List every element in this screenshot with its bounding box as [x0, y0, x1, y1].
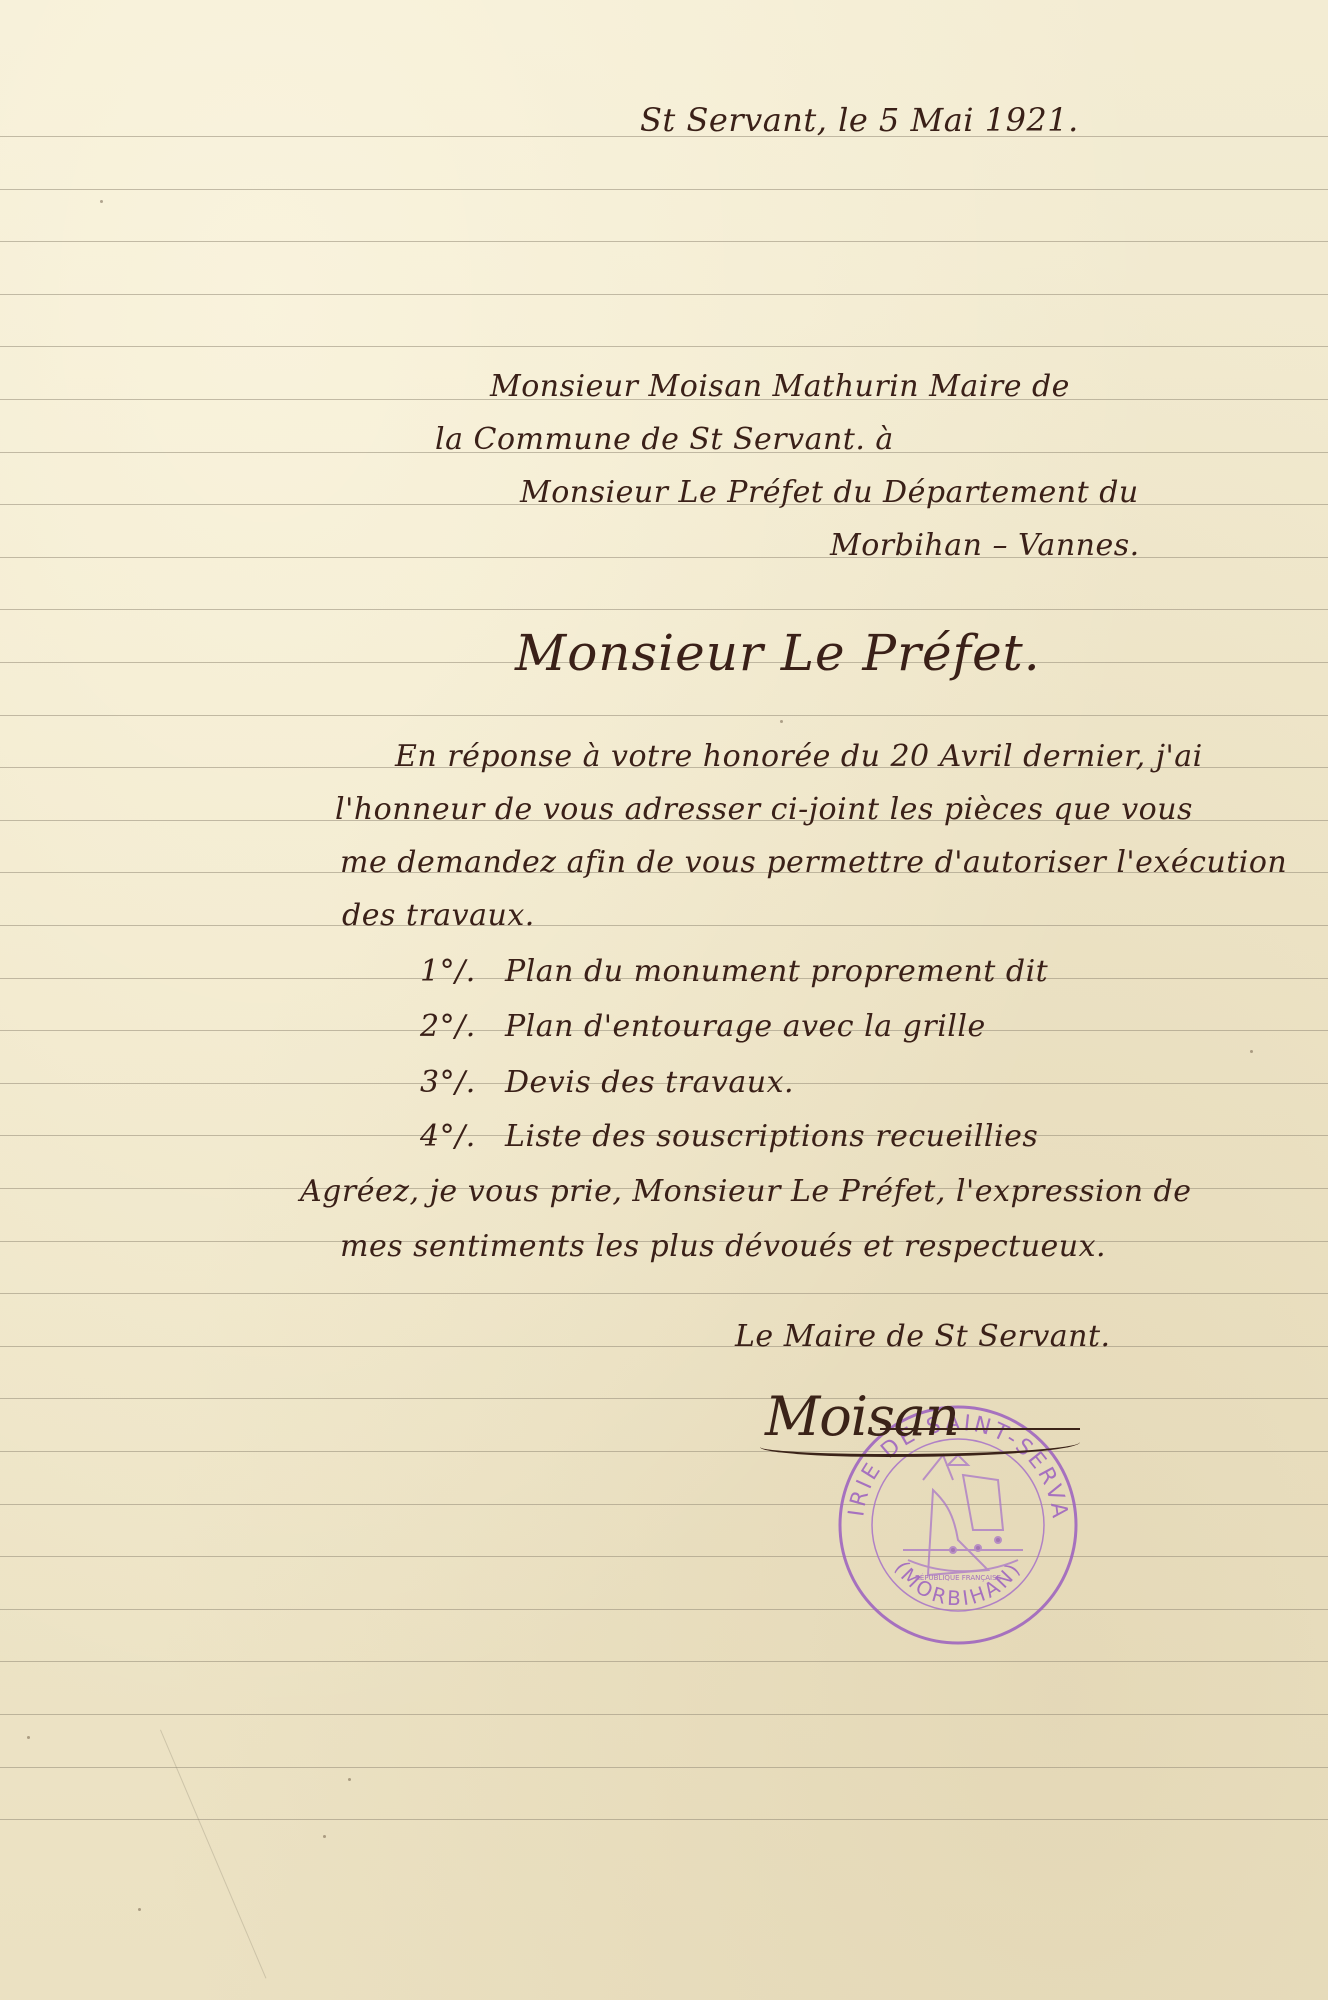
ruled-line — [0, 241, 1328, 242]
body-line-2: l'honneur de vous adresser ci-joint les … — [335, 795, 1193, 825]
ruled-line — [0, 1556, 1328, 1557]
ruled-line — [0, 346, 1328, 347]
date-line: St Servant, le 5 Mai 1921. — [640, 104, 1079, 136]
ruled-line — [0, 609, 1328, 610]
ruled-line — [0, 715, 1328, 716]
paper-speck — [138, 1908, 141, 1911]
paper-speck — [27, 1736, 30, 1739]
enclosure-number: 2°/. — [420, 1012, 476, 1042]
letter-page: St Servant, le 5 Mai 1921. Monsieur Mois… — [0, 0, 1328, 2000]
ruled-line — [0, 1661, 1328, 1662]
ruled-line — [0, 1398, 1328, 1399]
enclosure-item: Plan d'entourage avec la grille — [505, 1012, 986, 1042]
closing-line-1: Agréez, je vous prie, Monsieur Le Préfet… — [300, 1177, 1192, 1207]
closing-line-2: mes sentiments les plus dévoués et respe… — [340, 1232, 1106, 1262]
enclosure-item: Devis des travaux. — [505, 1068, 794, 1098]
enclosure-number: 4°/. — [420, 1122, 476, 1152]
enclosure-number: 3°/. — [420, 1068, 476, 1098]
enclosure-item: Liste des souscriptions recueillies — [505, 1122, 1038, 1152]
paper-speck — [348, 1778, 351, 1781]
ruled-line — [0, 1504, 1328, 1505]
signature-strike — [880, 1418, 1080, 1430]
header-line-recipient: Monsieur Le Préfet du Département du — [520, 478, 1139, 508]
paper-speck — [100, 200, 103, 203]
enclosure-item: Plan du monument proprement dit — [505, 957, 1048, 987]
paper-speck — [323, 1835, 326, 1838]
header-line-sender: Monsieur Moisan Mathurin Maire de — [490, 372, 1070, 402]
ruled-line — [0, 189, 1328, 190]
body-line-3: me demandez afin de vous permettre d'aut… — [340, 848, 1287, 878]
enclosure-number: 1°/. — [420, 957, 476, 987]
signature-title: Le Maire de St Servant. — [735, 1322, 1111, 1352]
ruled-line — [0, 925, 1328, 926]
ruled-line — [0, 1293, 1328, 1294]
stamp-inner-text: RÉPUBLIQUE FRANÇAISE — [915, 1573, 1001, 1582]
ruled-line — [0, 1714, 1328, 1715]
header-line-location: Morbihan – Vannes. — [830, 531, 1140, 561]
header-line-commune: la Commune de St Servant. à — [435, 425, 894, 455]
ruled-line — [0, 1609, 1328, 1610]
ruled-line — [0, 1767, 1328, 1768]
ruled-line — [0, 1346, 1328, 1347]
paper-speck — [1250, 1050, 1253, 1053]
body-line-4: des travaux. — [342, 901, 535, 931]
ruled-line — [0, 1451, 1328, 1452]
paper-speck — [780, 720, 783, 723]
body-line-1: En réponse à votre honorée du 20 Avril d… — [395, 742, 1203, 772]
salutation: Monsieur Le Préfet. — [515, 628, 1041, 678]
ruled-line — [0, 294, 1328, 295]
